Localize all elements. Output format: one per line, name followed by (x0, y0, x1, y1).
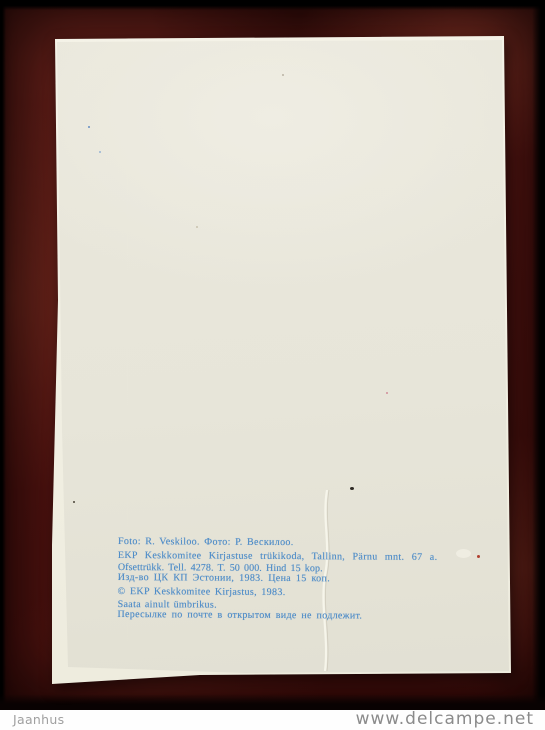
site-watermark: www.delcampe.net (356, 709, 534, 729)
publisher-imprint: Foto: R. Veskiloo. Фото: Р. Вескилоо. EK… (0, 0, 545, 730)
seller-watermark: Jaanhus (13, 712, 64, 727)
imprint-publisher-ru: Изд-во ЦК КП Эстонии, 1983. Цена 15 коп. (118, 572, 330, 585)
postcard-sheets: Foto: R. Veskiloo. Фото: Р. Вескилоо. EK… (0, 0, 545, 730)
watermark-band: Jaanhus www.delcampe.net (0, 710, 545, 730)
imprint-envelope-note-ru: Пересылке по почте в открытом виде не по… (118, 609, 363, 622)
imprint-photo-credit: Foto: R. Veskiloo. Фото: Р. Вескилоо. (118, 536, 294, 549)
postcard-back: Foto: R. Veskiloo. Фото: Р. Вескилоо. EK… (0, 0, 545, 730)
worn-spot (456, 549, 471, 558)
postcard-photo: Foto: R. Veskiloo. Фото: Р. Вескилоо. EK… (0, 0, 545, 730)
imprint-copyright: © EKP Keskkomitee Kirjastus, 1983. (118, 586, 286, 599)
